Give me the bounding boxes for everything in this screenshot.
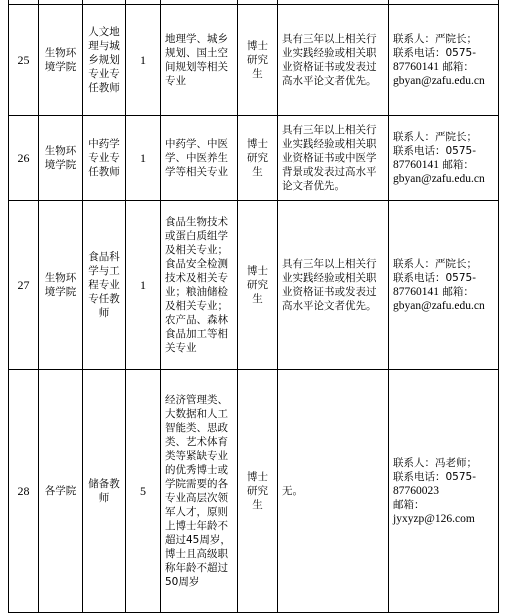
major-requirement: 经济管理类、大数据和人工智能类、思政类、艺术体育类等紧缺专业的优秀博士或学院需要…	[161, 370, 238, 613]
contact-info: 联系人：严院长； 联系电话：0575- 87760141 邮箱： gbyan@z…	[389, 116, 499, 201]
degree: 博士研究生	[238, 116, 278, 201]
table-row: 27 生物环境学院 食品科学与工程专业专任教师 1 食品生物技术或蛋白质组学及相…	[9, 201, 499, 370]
headcount: 5	[126, 370, 161, 613]
contact-email-label: 邮箱：	[442, 159, 474, 171]
row-number: 25	[9, 5, 39, 116]
headcount: 1	[126, 116, 161, 201]
row-number: 26	[9, 116, 39, 201]
contact-phone: 87760141	[393, 286, 439, 298]
major-requirement: 地理学、城乡规划、国土空间规划等相关专业	[161, 5, 238, 116]
row-number: 28	[9, 370, 39, 613]
college: 生物环境学院	[39, 116, 83, 201]
contact-person: 联系人：严院长；	[393, 131, 477, 143]
contact-phone: 87760023	[393, 485, 439, 497]
contact-info: 联系人：严院长； 联系电话：0575- 87760141 邮箱： gbyan@z…	[389, 201, 499, 370]
college: 各学院	[39, 370, 83, 613]
contact-phone-label: 联系电话：0575-	[393, 47, 476, 59]
degree: 博士研究生	[238, 5, 278, 116]
other-requirement: 无。	[278, 370, 389, 613]
contact-email-label: 邮箱：	[442, 286, 474, 298]
table-row: 25 生物环境学院 人文地理与城乡规划专业专任教师 1 地理学、城乡规划、国土空…	[9, 5, 499, 116]
contact-person: 联系人：严院长；	[393, 258, 477, 270]
contact-info: 联系人：严院长； 联系电话：0575- 87760141 邮箱： gbyan@z…	[389, 5, 499, 116]
contact-phone: 87760141	[393, 159, 439, 171]
contact-email-label: 邮箱：	[442, 61, 474, 73]
degree: 博士研究生	[238, 201, 278, 370]
row-number: 27	[9, 201, 39, 370]
contact-info: 联系人：冯老师； 联系电话：0575- 87760023 邮箱： jyxyzp@…	[389, 370, 499, 613]
table-row: 28 各学院 储备教师 5 经济管理类、大数据和人工智能类、思政类、艺术体育类等…	[9, 370, 499, 613]
contact-email[interactable]: jyxyzp@126.com	[393, 513, 475, 525]
contact-email[interactable]: gbyan@zafu.edu.cn	[393, 173, 485, 185]
recruitment-table: 25 生物环境学院 人文地理与城乡规划专业专任教师 1 地理学、城乡规划、国土空…	[8, 0, 499, 613]
other-requirement: 具有三年以上相关行业实践经验或相关职业资格证书或发表过高水平论文者优先。	[278, 5, 389, 116]
position: 食品科学与工程专业专任教师	[83, 201, 126, 370]
position: 人文地理与城乡规划专业专任教师	[83, 5, 126, 116]
contact-phone-label: 联系电话：0575-	[393, 272, 476, 284]
contact-email[interactable]: gbyan@zafu.edu.cn	[393, 300, 485, 312]
contact-person: 联系人：严院长；	[393, 33, 477, 45]
position: 中药学专业专任教师	[83, 116, 126, 201]
other-requirement: 具有三年以上相关行业实践经验或相关职业资格证书或中医学背景或发表过高水平论文者优…	[278, 116, 389, 201]
contact-email-label: 邮箱：	[393, 499, 425, 511]
table-row: 26 生物环境学院 中药学专业专任教师 1 中药学、中医学、中医养生学等相关专业…	[9, 116, 499, 201]
college: 生物环境学院	[39, 5, 83, 116]
position: 储备教师	[83, 370, 126, 613]
headcount: 1	[126, 201, 161, 370]
contact-email[interactable]: gbyan@zafu.edu.cn	[393, 75, 485, 87]
contact-person: 联系人：冯老师；	[393, 457, 477, 469]
contact-phone: 87760141	[393, 61, 439, 73]
contact-phone-label: 联系电话：0575-	[393, 145, 476, 157]
other-requirement: 具有三年以上相关行业实践经验或相关职业资格证书或发表过高水平论文者优先。	[278, 201, 389, 370]
major-requirement: 中药学、中医学、中医养生学等相关专业	[161, 116, 238, 201]
degree: 博士研究生	[238, 370, 278, 613]
major-requirement: 食品生物技术或蛋白质组学及相关专业；食品安全检测技术及相关专业；粮油储检及相关专…	[161, 201, 238, 370]
contact-phone-label: 联系电话：0575-	[393, 471, 476, 483]
college: 生物环境学院	[39, 201, 83, 370]
headcount: 1	[126, 5, 161, 116]
